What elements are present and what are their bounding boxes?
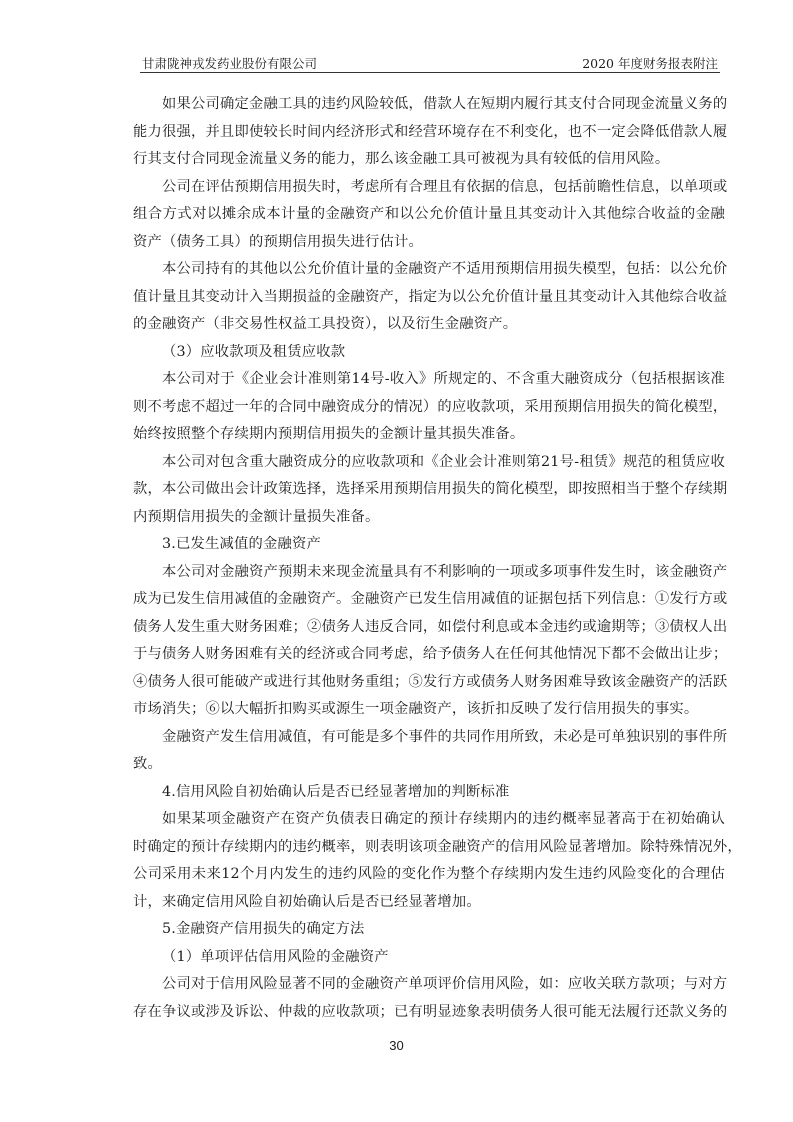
company-name: 甘肃陇神戎发药业股份有限公司 [142,54,317,72]
text-line: 款，本公司做出会计政策选择，选择采用预期信用损失的简化模型，即按照相当于整个存续… [133,476,725,504]
text-line: 存在争议或涉及诉讼、仲裁的应收款项；已有明显迹象表明债务人很可能无法履行还款义务… [133,999,725,1027]
text-line: 公司在评估预期信用损失时，考虑所有合理且有依据的信息，包括前瞻性信息，以单项或 [133,174,725,202]
text-line: 行其支付合同现金流量义务的能力，那么该金融工具可被视为具有较低的信用风险。 [133,146,725,174]
text-line: 能力很强，并且即使较长时间内经济形式和经营环境存在不利变化，也不一定会降低借款人… [133,119,725,147]
text-line: 本公司对于《企业会计准则第14号-收入》所规定的、不含重大融资成分（包括根据该准 [133,366,725,394]
text-line: 资产（债务工具）的预期信用损失进行估计。 [133,229,725,257]
text-line: 金融资产发生信用减值，有可能是多个事件的共同作用所致，未必是可单独识别的事件所 [133,724,725,752]
text-line: 本公司对金融资产预期未来现金流量具有不利影响的一项或多项事件发生时，该金融资产 [133,559,725,587]
document-body: 如果公司确定金融工具的违约风险较低，借款人在短期内履行其支付合同现金流量义务的能… [133,91,725,1026]
page-number: 30 [0,1038,793,1053]
document-title: 2020 年度财务报表附注 [582,54,718,72]
text-line: 则不考虑不超过一年的合同中融资成分的情况）的应收款项，采用预期信用损失的简化模型… [133,394,725,422]
text-line: 的金融资产（非交易性权益工具投资），以及衍生金融资产。 [133,311,725,339]
section-heading: 5.金融资产信用损失的确定方法 [133,916,725,944]
page-header: 甘肃陇神戎发药业股份有限公司 2020 年度财务报表附注 [140,50,720,73]
text-line: ④债务人很可能破产或进行其他财务重组；⑤发行方或债务人财务困难导致该金融资产的活… [133,669,725,697]
text-line: 市场消失；⑥以大幅折扣购买或源生一项金融资产，该折扣反映了发行信用损失的事实。 [133,696,725,724]
text-line: 本公司持有的其他以公允价值计量的金融资产不适用预期信用损失模型，包括：以公允价 [133,256,725,284]
section-heading: 3.已发生减值的金融资产 [133,531,725,559]
text-line: 始终按照整个存续期内预期信用损失的金额计量其损失准备。 [133,421,725,449]
text-line: 致。 [133,751,725,779]
section-heading: 4.信用风险自初始确认后是否已经显著增加的判断标准 [133,779,725,807]
text-line: 公司采用未来12个月内发生的违约风险的变化作为整个存续期内发生违约风险变化的合理… [133,861,725,889]
text-line: 值计量且其变动计入当期损益的金融资产，指定为以公允价值计量且其变动计入其他综合收… [133,284,725,312]
text-line: 债务人发生重大财务困难；②债务人违反合同，如偿付利息或本金违约或逾期等；③债权人… [133,614,725,642]
text-line: 公司对于信用风险显著不同的金融资产单项评价信用风险，如：应收关联方款项；与对方 [133,971,725,999]
section-heading: （3）应收款项及租赁应收款 [133,339,725,367]
text-line: 时确定的预计存续期内的违约概率，则表明该项金融资产的信用风险显著增加。除特殊情况… [133,834,725,862]
text-line: 如果公司确定金融工具的违约风险较低，借款人在短期内履行其支付合同现金流量义务的 [133,91,725,119]
text-line: 于与债务人财务困难有关的经济或合同考虑，给予债务人在任何其他情况下都不会做出让步… [133,641,725,669]
section-heading: （1）单项评估信用风险的金融资产 [133,944,725,972]
text-line: 组合方式对以摊余成本计量的金融资产和以公允价值计量且其变动计入其他综合收益的金融 [133,201,725,229]
text-line: 本公司对包含重大融资成分的应收款项和《企业会计准则第21号-租赁》规范的租赁应收 [133,449,725,477]
text-line: 如果某项金融资产在资产负债表日确定的预计存续期内的违约概率显著高于在初始确认 [133,806,725,834]
text-line: 成为已发生信用减值的金融资产。金融资产已发生信用减值的证据包括下列信息：①发行方… [133,586,725,614]
text-line: 计，来确定信用风险自初始确认后是否已经显著增加。 [133,889,725,917]
text-line: 内预期信用损失的金额计量损失准备。 [133,504,725,532]
